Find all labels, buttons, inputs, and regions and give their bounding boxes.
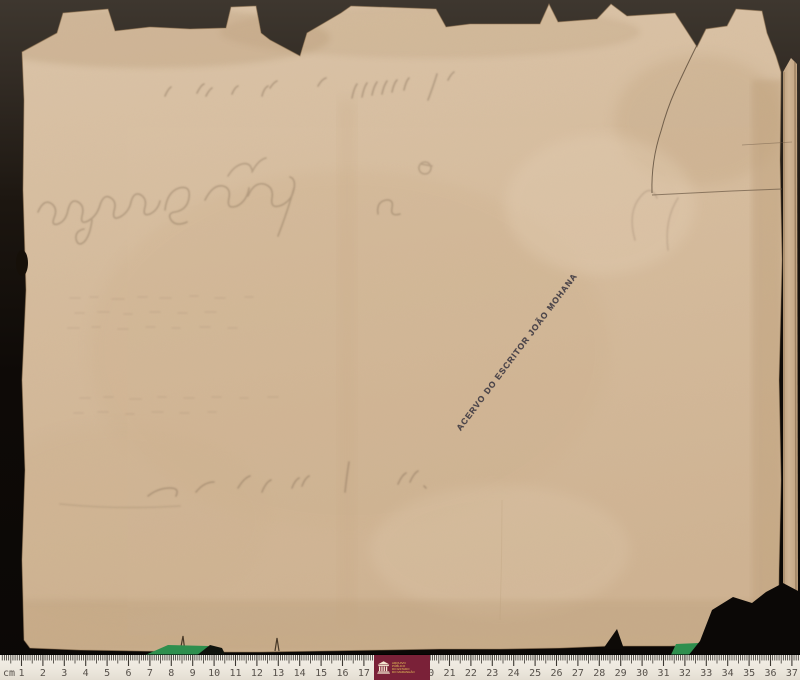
ruler-number: 21 [443, 668, 455, 679]
ruler-number: 7 [147, 668, 153, 679]
ruler-number: 28 [593, 668, 605, 679]
measuring-ruler: cm12345678910111213141516171819202122232… [0, 655, 800, 680]
ruler-number: 6 [125, 668, 131, 679]
ruler-number: 22 [465, 668, 477, 679]
ruler-number: 5 [104, 668, 110, 679]
ruler-number: 32 [679, 668, 691, 679]
ruler-number: 17 [358, 668, 370, 679]
ruler-number: 10 [208, 668, 220, 679]
ruler-number: 25 [529, 668, 541, 679]
binding-bump [16, 250, 28, 276]
ruler-number: 2 [40, 668, 46, 679]
scan-viewport: ACERVO DO ESCRITOR JOÃO MOHANA cm1234567… [0, 0, 800, 680]
ruler-number: 12 [251, 668, 263, 679]
ruler-number: 16 [336, 668, 348, 679]
building-icon [377, 658, 390, 677]
ruler-number: 4 [83, 668, 89, 679]
paper-stains [0, 0, 800, 680]
ruler-number: 11 [229, 668, 241, 679]
ruler-number: 1 [18, 668, 24, 679]
ruler-number: 26 [550, 668, 562, 679]
ruler-number: 15 [315, 668, 327, 679]
ruler-number: 30 [636, 668, 648, 679]
ruler-number: 14 [294, 668, 306, 679]
ruler-number: 34 [722, 668, 734, 679]
ruler-number: 23 [486, 668, 498, 679]
archive-logo-patch: ARQUIVO PÚBLICO DO ESTADO DO MARANHÃO [374, 655, 430, 680]
ruler-number: 37 [786, 668, 798, 679]
underlying-page-edge [783, 58, 798, 630]
ruler-number: 36 [764, 668, 776, 679]
ruler-number: 8 [168, 668, 174, 679]
ruler-number: 31 [657, 668, 669, 679]
ruler-number: 9 [190, 668, 196, 679]
ruler-number: 27 [572, 668, 584, 679]
archive-logo-text: ARQUIVO PÚBLICO DO ESTADO DO MARANHÃO [392, 662, 415, 674]
ruler-number: 3 [61, 668, 67, 679]
ruler-number: 35 [743, 668, 755, 679]
ruler-unit-label: cm [3, 668, 15, 679]
ruler-number: 24 [508, 668, 520, 679]
scanned-page [0, 0, 800, 680]
ruler-number: 29 [615, 668, 627, 679]
ruler-number: 33 [700, 668, 712, 679]
ruler-number: 13 [272, 668, 284, 679]
